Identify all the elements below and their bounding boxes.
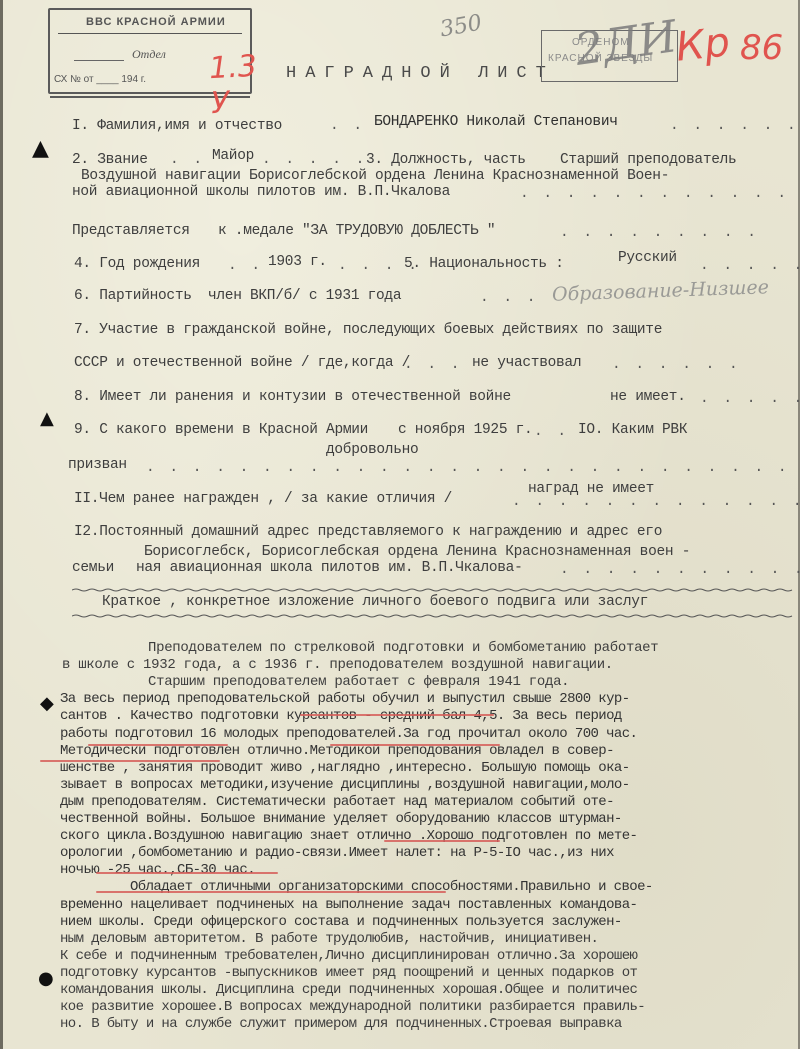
red-underline (330, 744, 500, 746)
narrative-line: чественной войны. Большое внимание уделя… (60, 811, 622, 827)
dot-leader: . . . . . . . . . . . . (560, 562, 800, 578)
field-9-value: с ноября 1925 г. (398, 422, 532, 438)
stamp-dept: Отдел (132, 47, 166, 62)
narrative-line: орологии ,бомбометанию и радио-связи.Име… (60, 845, 614, 861)
narrative-line: ночью -25 час.,СБ-30 час. (60, 862, 255, 878)
narrative-line: командования школы. Дисциплина среди под… (60, 982, 637, 998)
field-1-label: I. Фамилия,имя и отчество (72, 118, 282, 134)
binding-hole-mark: ◆ (40, 693, 54, 714)
field-2-value: Майор (212, 148, 254, 164)
narrative-line: К себе и подчиненным требователен,Лично … (60, 948, 637, 964)
field-10-label: призван (68, 457, 127, 473)
pencil-page-number: 350 (438, 11, 484, 43)
dot-leader: . . . . . . . . . . . . . (520, 186, 800, 202)
binding-hole-mark: ▲ (40, 408, 54, 429)
field-5-label: 5. Национальность : (404, 256, 564, 272)
narrative-line: в школе с 1932 года, а с 1936 г. преподо… (62, 657, 613, 673)
dot-leader: . . . . . . . . . . . . . . . . . . . . … (146, 460, 800, 476)
page-left-edge (0, 0, 3, 1049)
narrative-line: шенстве , занятия проводит живо ,наглядн… (60, 760, 630, 776)
field-12-value: ная авиационная школа пилотов им. В.П.Чк… (136, 560, 522, 576)
field-10-value: добровольно (326, 442, 418, 458)
red-underline (96, 872, 278, 874)
field-3-value: ной авиационной школы пилотов им. В.П.Чк… (72, 184, 450, 200)
presented-value: к .медале "ЗА ТРУДОВУЮ ДОБЛЕСТЬ " (218, 223, 495, 239)
narrative-line: работы подготовил 16 молодых преподовате… (60, 726, 637, 742)
narrative-line: подготовку курсантов -выпускников имеет … (60, 965, 637, 981)
field-12-label: I2.Постоянный домашний адрес представляе… (74, 524, 662, 540)
field-6-value: член ВКП/б/ с 1931 года (208, 288, 401, 304)
red-annotation-number: 86 (740, 28, 783, 68)
red-underline (88, 744, 228, 746)
field-10-label: IO. Каким РВК (578, 422, 687, 438)
field-8-value: не имеет. (610, 389, 686, 405)
narrative-line: дым преподователям. Систематически работ… (60, 794, 614, 810)
field-4-value: 1903 г. (268, 254, 327, 270)
dot-leader: . . . . . . (670, 118, 799, 134)
field-11-label: II.Чем ранее награжден , / за какие отли… (74, 491, 452, 507)
dot-leader: . . . . . (700, 258, 800, 274)
red-underline (96, 891, 446, 893)
narrative-line: Старшим преподователем работает с феврал… (148, 674, 569, 690)
field-1-value: БОНДАРЕНКО Николай Степанович (374, 114, 618, 130)
narrative-line: Преподователем по стрелковой подготовки … (148, 640, 658, 656)
field-3-label: 3. Должность, часть (366, 152, 526, 168)
field-2-label: 2. Звание (72, 152, 148, 168)
red-underline (40, 760, 220, 762)
dot-leader: . . . (404, 357, 463, 373)
narrative-line: ным деловым авторитетом. В работе трудол… (60, 931, 598, 947)
field-12-value: Борисоглебск, Борисоглебская ордена Лени… (144, 544, 690, 560)
red-underline (384, 840, 500, 842)
narrative-line: временно нацеливает подчиненых на выполн… (60, 897, 637, 913)
field-12-label: семьи (72, 560, 114, 576)
narrative-line: но. В быту и на службе служит примером д… (60, 1016, 622, 1032)
section-heading: Краткое , конкретное изложение личного б… (102, 594, 648, 610)
field-7-label: 7. Участие в гражданской войне, последую… (74, 322, 662, 338)
pencil-education-note: Образование-Низшее (552, 276, 770, 306)
dot-leader: . . . . . (700, 391, 800, 407)
dot-leader: . . (170, 152, 205, 168)
narrative-line: сантов . Качество подготовки курсантов -… (60, 708, 622, 724)
dot-leader: . . . . . . . . . . . . . . . . (512, 494, 800, 510)
dot-leader: . . (534, 424, 569, 440)
presented-label: Представляется (72, 223, 190, 239)
field-9-label: 9. С какого времени в Красной Армии (74, 422, 368, 438)
field-8-label: 8. Имеет ли ранения и контузии в отечест… (74, 389, 511, 405)
dot-leader: . . (330, 118, 365, 134)
red-pencil-number: 1.3 У (208, 49, 259, 121)
stamp-rule (58, 33, 242, 34)
wavy-rule (72, 588, 797, 592)
field-5-value: Русский (618, 250, 677, 266)
binding-hole-mark: ▲ (32, 136, 49, 161)
dot-leader: . . . . . (262, 152, 367, 168)
field-7-label: СССР и отечественной войне / где,когда / (74, 355, 410, 371)
narrative-line: За весь период преподовательской работы … (60, 691, 630, 707)
stamp-rule (74, 60, 124, 61)
narrative-line: кое развитие хорошее.В вопросах междунар… (60, 999, 645, 1015)
red-underline (300, 714, 494, 716)
narrative-line: нием школы. Среди офицерского состава и … (60, 914, 622, 930)
field-3-value: Воздушной навигации Борисоглебской орден… (81, 168, 669, 184)
dot-leader: . . (228, 258, 263, 274)
field-7-value: не участвовал (472, 355, 581, 371)
field-4-label: 4. Год рождения (74, 256, 200, 272)
field-3-value: Старший преподователь (560, 152, 736, 168)
dot-leader: . . . (480, 290, 539, 306)
stamp-org: ВВС КРАСНОЙ АРМИИ (86, 16, 226, 28)
wavy-rule (72, 614, 797, 618)
vvs-registration-stamp: ВВС КРАСНОЙ АРМИИ Отдел СХ № от ____ 194… (48, 8, 252, 94)
narrative-line: зывает в вопросах методики,изучение дисц… (60, 777, 630, 793)
award-sheet-page: ВВС КРАСНОЙ АРМИИ Отдел СХ № от ____ 194… (0, 0, 800, 1049)
binding-hole-mark: ● (38, 968, 54, 989)
dot-leader: . . . . . . . . . (560, 225, 759, 241)
dot-leader: . . . . . . (612, 357, 741, 373)
red-annotation-prefix: Кр (674, 19, 732, 70)
narrative-line: ского цикла.Воздушною навигацию знает от… (60, 828, 637, 844)
document-title: НАГРАДНОЙ ЛИСТ (286, 64, 555, 83)
field-6-label: 6. Партийность (74, 288, 192, 304)
